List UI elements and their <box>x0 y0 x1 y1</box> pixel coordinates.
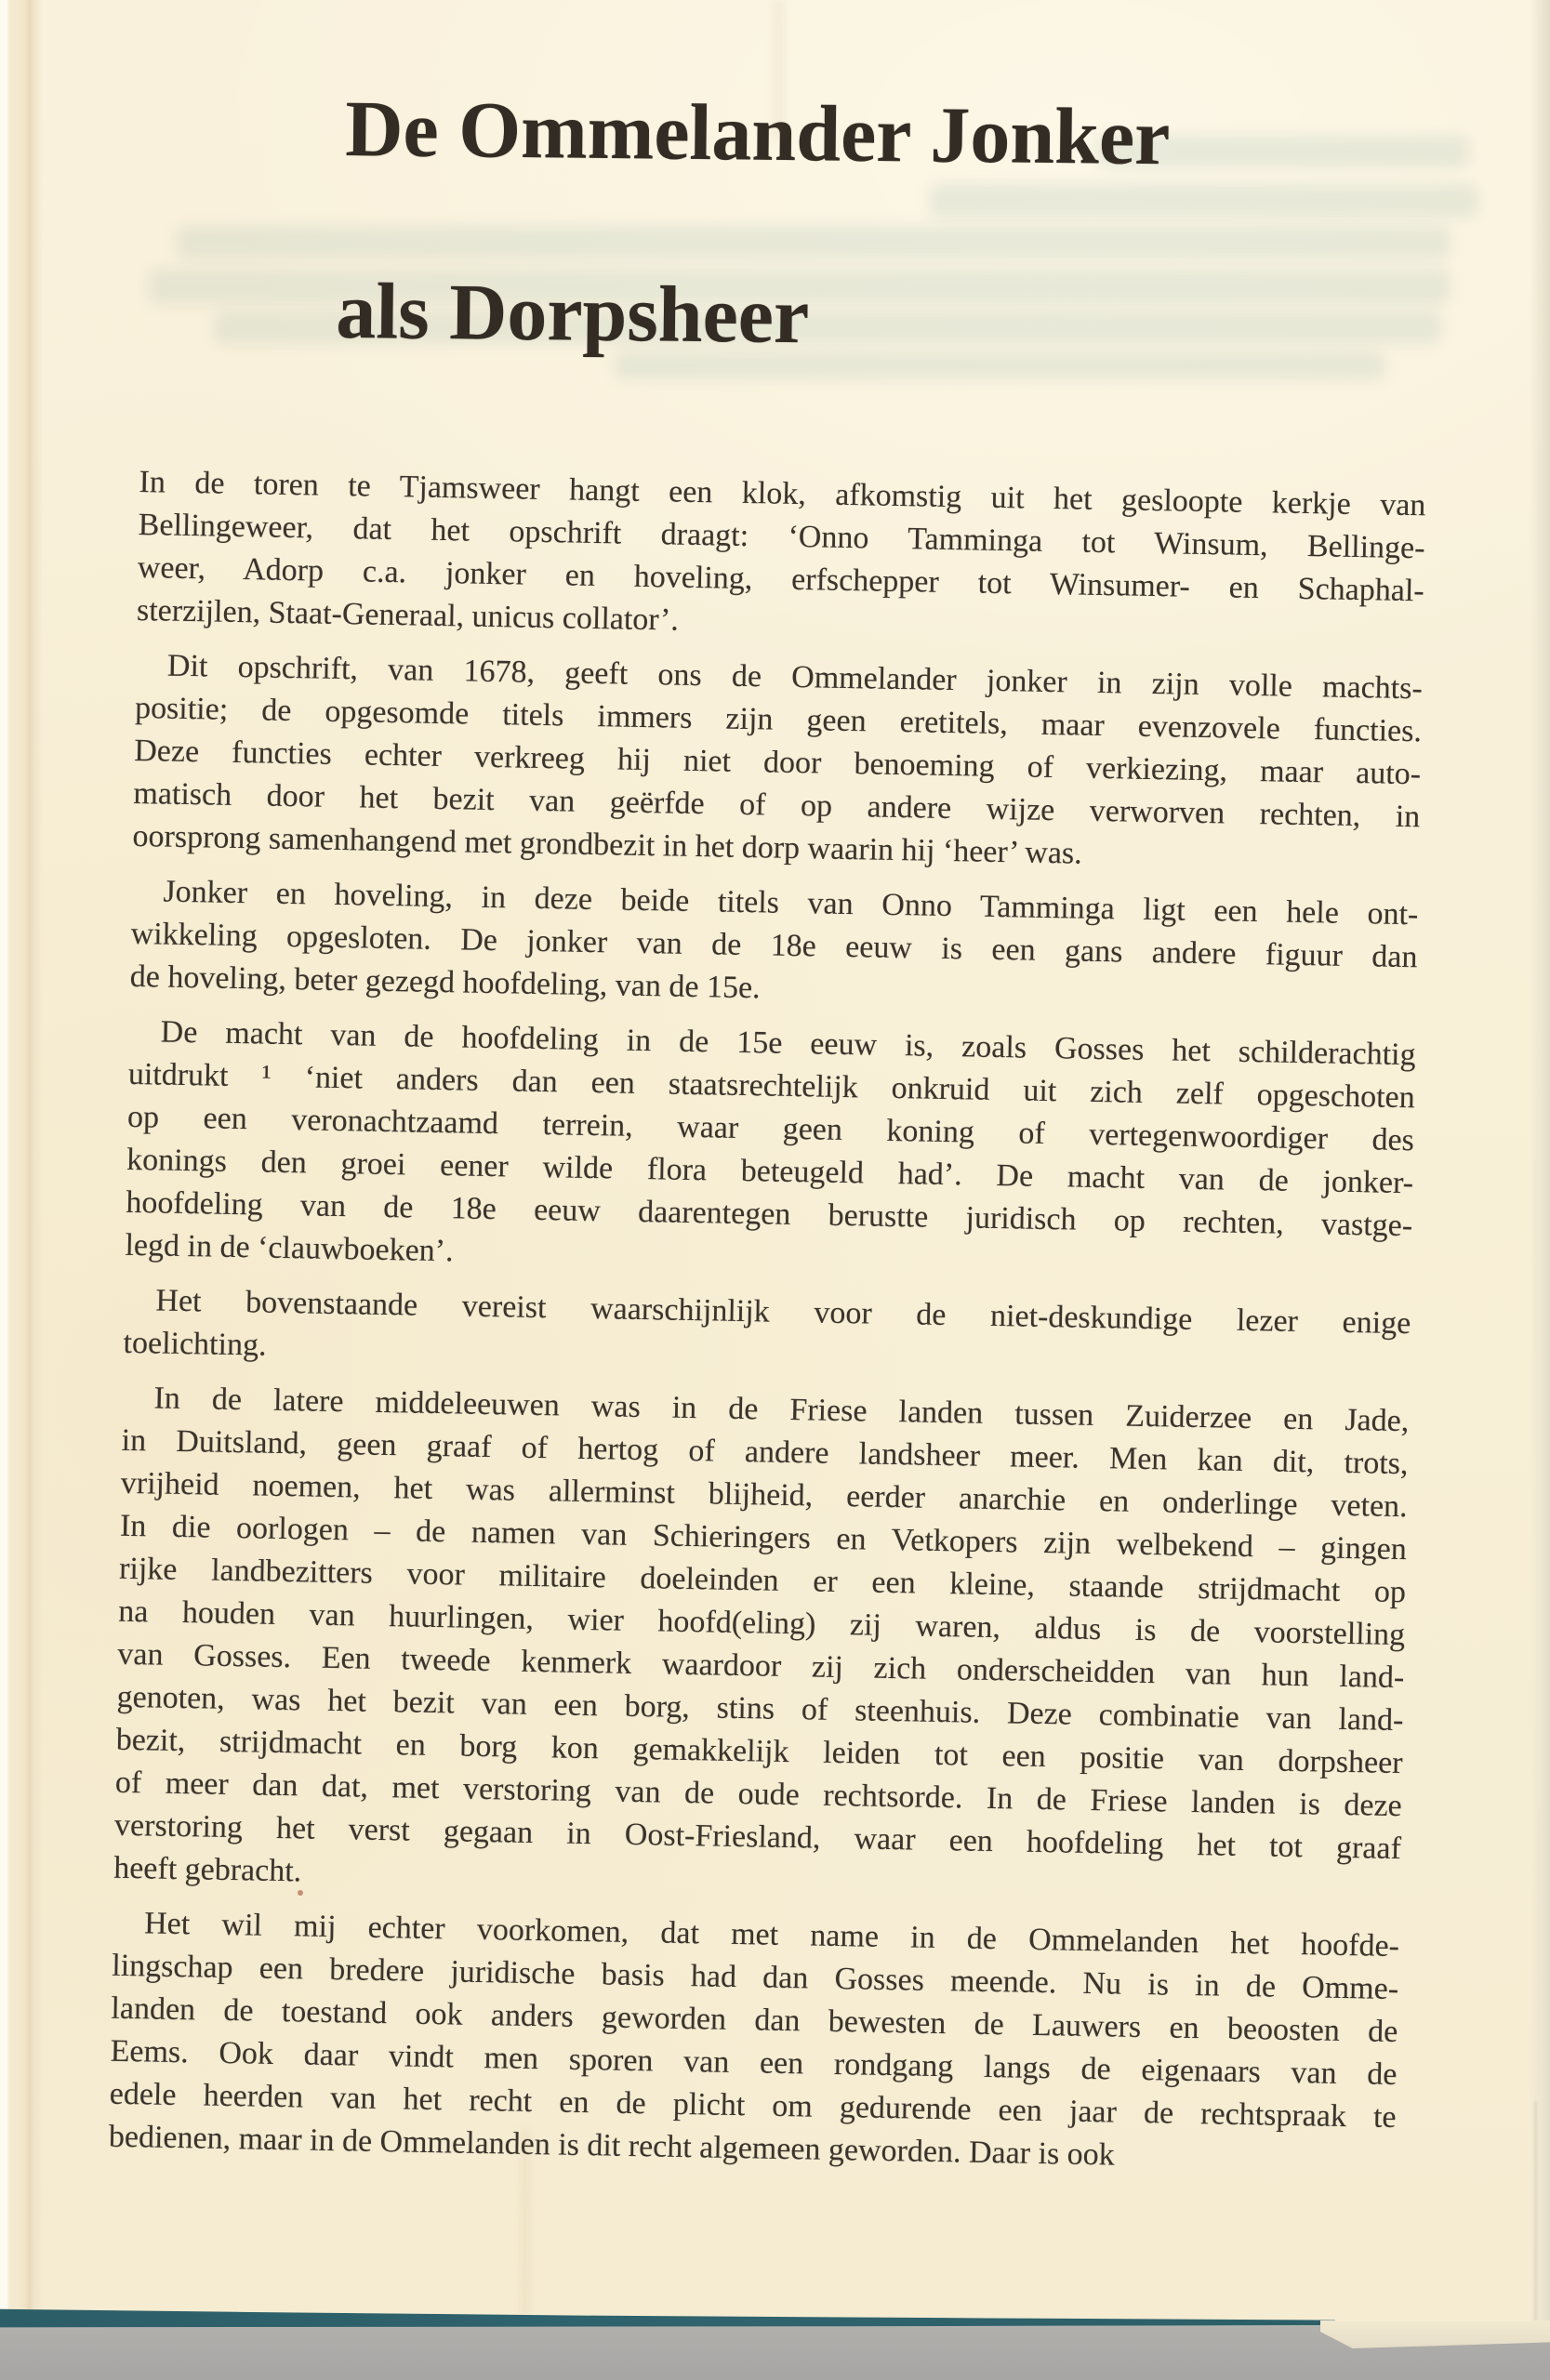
scanned-book-page: De Ommelander Jonker als Dorpsheer In de… <box>0 0 1550 2380</box>
page-crease <box>1534 2101 1537 2326</box>
scanner-background <box>0 2326 1550 2380</box>
paragraph: In de latere middeleeuwen was in de Frie… <box>113 1377 1410 1913</box>
paper-smudge <box>521 2129 530 2315</box>
book-page: De Ommelander Jonker als Dorpsheer In de… <box>0 0 1550 2326</box>
paragraph: Dit opschrift, van 1678, geeft ons de Om… <box>132 644 1423 881</box>
chapter-title: De Ommelander Jonker als Dorpsheer <box>343 82 1171 365</box>
paragraph: De macht van de hoofdeling in de 15e eeu… <box>125 1011 1416 1290</box>
chapter-title-line2: als Dorpsheer <box>336 264 1169 365</box>
paragraph: Het wil mij echter voorkomen, dat met na… <box>109 1902 1400 2182</box>
page-right-edge <box>1530 0 1550 2326</box>
body-text: In de toren te Tjamsweer hangt een klok,… <box>108 461 1425 2194</box>
paper-smudge <box>772 0 785 139</box>
paragraph: Jonker en hoveling, in deze beide titels… <box>129 870 1418 1022</box>
paragraph: In de toren te Tjamsweer hangt een klok,… <box>137 461 1426 655</box>
chapter-title-line1: De Ommelander Jonker <box>345 82 1171 183</box>
paragraph: Het bovenstaande vereist waarschijnlijk … <box>123 1279 1411 1388</box>
paper-speck <box>298 1890 303 1896</box>
page-gutter-edge <box>0 0 43 2326</box>
